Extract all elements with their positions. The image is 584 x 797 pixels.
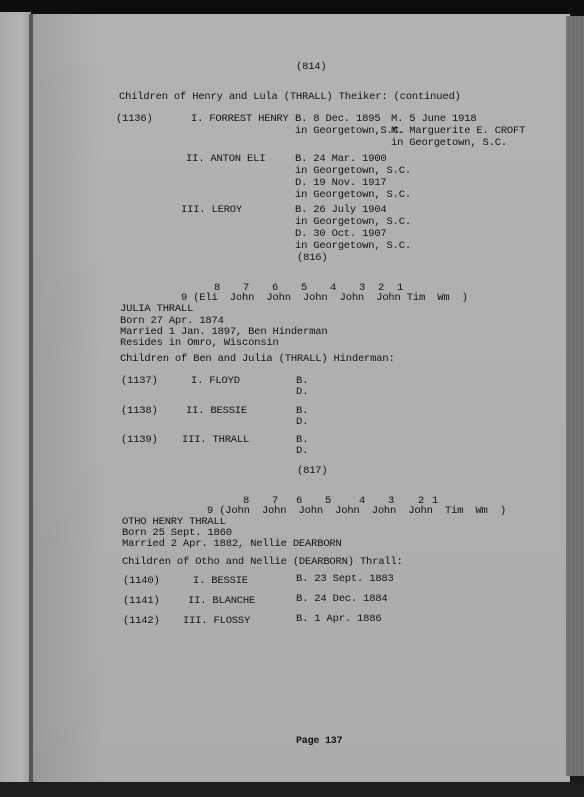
child-name-forrest-henry: I. FORREST HENRY [191,113,289,126]
child-detail: B. 23 Sept. 1883 [296,573,394,586]
person-married: Married 2 Apr. 1882, Nellie DEARBORN [122,538,342,551]
child-id-1137: (1137) [121,375,158,388]
child-name-anton-eli: II. ANTON ELI [186,153,265,166]
child-birth-place: in Georgetown,S.C. [295,125,405,138]
child-id-1136: (1136) [116,113,153,126]
page-shadow [33,14,103,784]
marriage-place: in Georgetown, S.C. [391,137,507,150]
child-id-1142: (1142) [123,615,160,628]
child-detail: D. [296,445,308,458]
child-detail: in Georgetown, S.C. [295,189,411,202]
child-detail: B. 1 Apr. 1886 [296,613,381,626]
child-name-bessie: II. BESSIE [186,405,247,418]
child-name-blanche: II. BLANCHE [188,595,255,608]
child-name-leroy: III. LEROY [181,204,242,217]
child-name-flossy: III. FLOSSY [183,615,250,628]
child-id-1140: (1140) [123,575,160,588]
page-number-footer: Page 137 [296,735,342,748]
left-page-edge [0,12,31,792]
children-heading-thrall: Children of Otho and Nellie (DEARBORN) T… [122,556,403,569]
child-id-1139: (1139) [121,434,158,447]
person-resides: Resides in Omro, Wisconsin [120,337,279,350]
lineage-line: 9 (Eli John John John John John Tim Wm ) [181,292,468,305]
right-page-stack [566,16,584,776]
scan-bottom-edge [0,782,584,797]
child-name-bessie: I. BESSIE [193,575,248,588]
children-heading-hinderman: Children of Ben and Julia (THRALL) Hinde… [120,353,395,366]
lineage-line: 9 (John John John John John John Tim Wm … [207,505,506,518]
section-heading-theiker: Children of Henry and Lula (THRALL) Thei… [119,91,461,104]
entry-number-816: (816) [297,252,328,265]
child-name-floyd: I. FLOYD [191,375,240,388]
entry-number-814: (814) [296,61,327,74]
child-detail: B. 24 Dec. 1884 [296,593,388,606]
child-name-thrall: III. THRALL [182,434,249,447]
child-detail: D. [296,416,308,429]
child-detail: D. [296,386,308,399]
child-id-1138: (1138) [121,405,158,418]
child-id-1141: (1141) [123,595,160,608]
entry-number-817: (817) [297,465,328,478]
